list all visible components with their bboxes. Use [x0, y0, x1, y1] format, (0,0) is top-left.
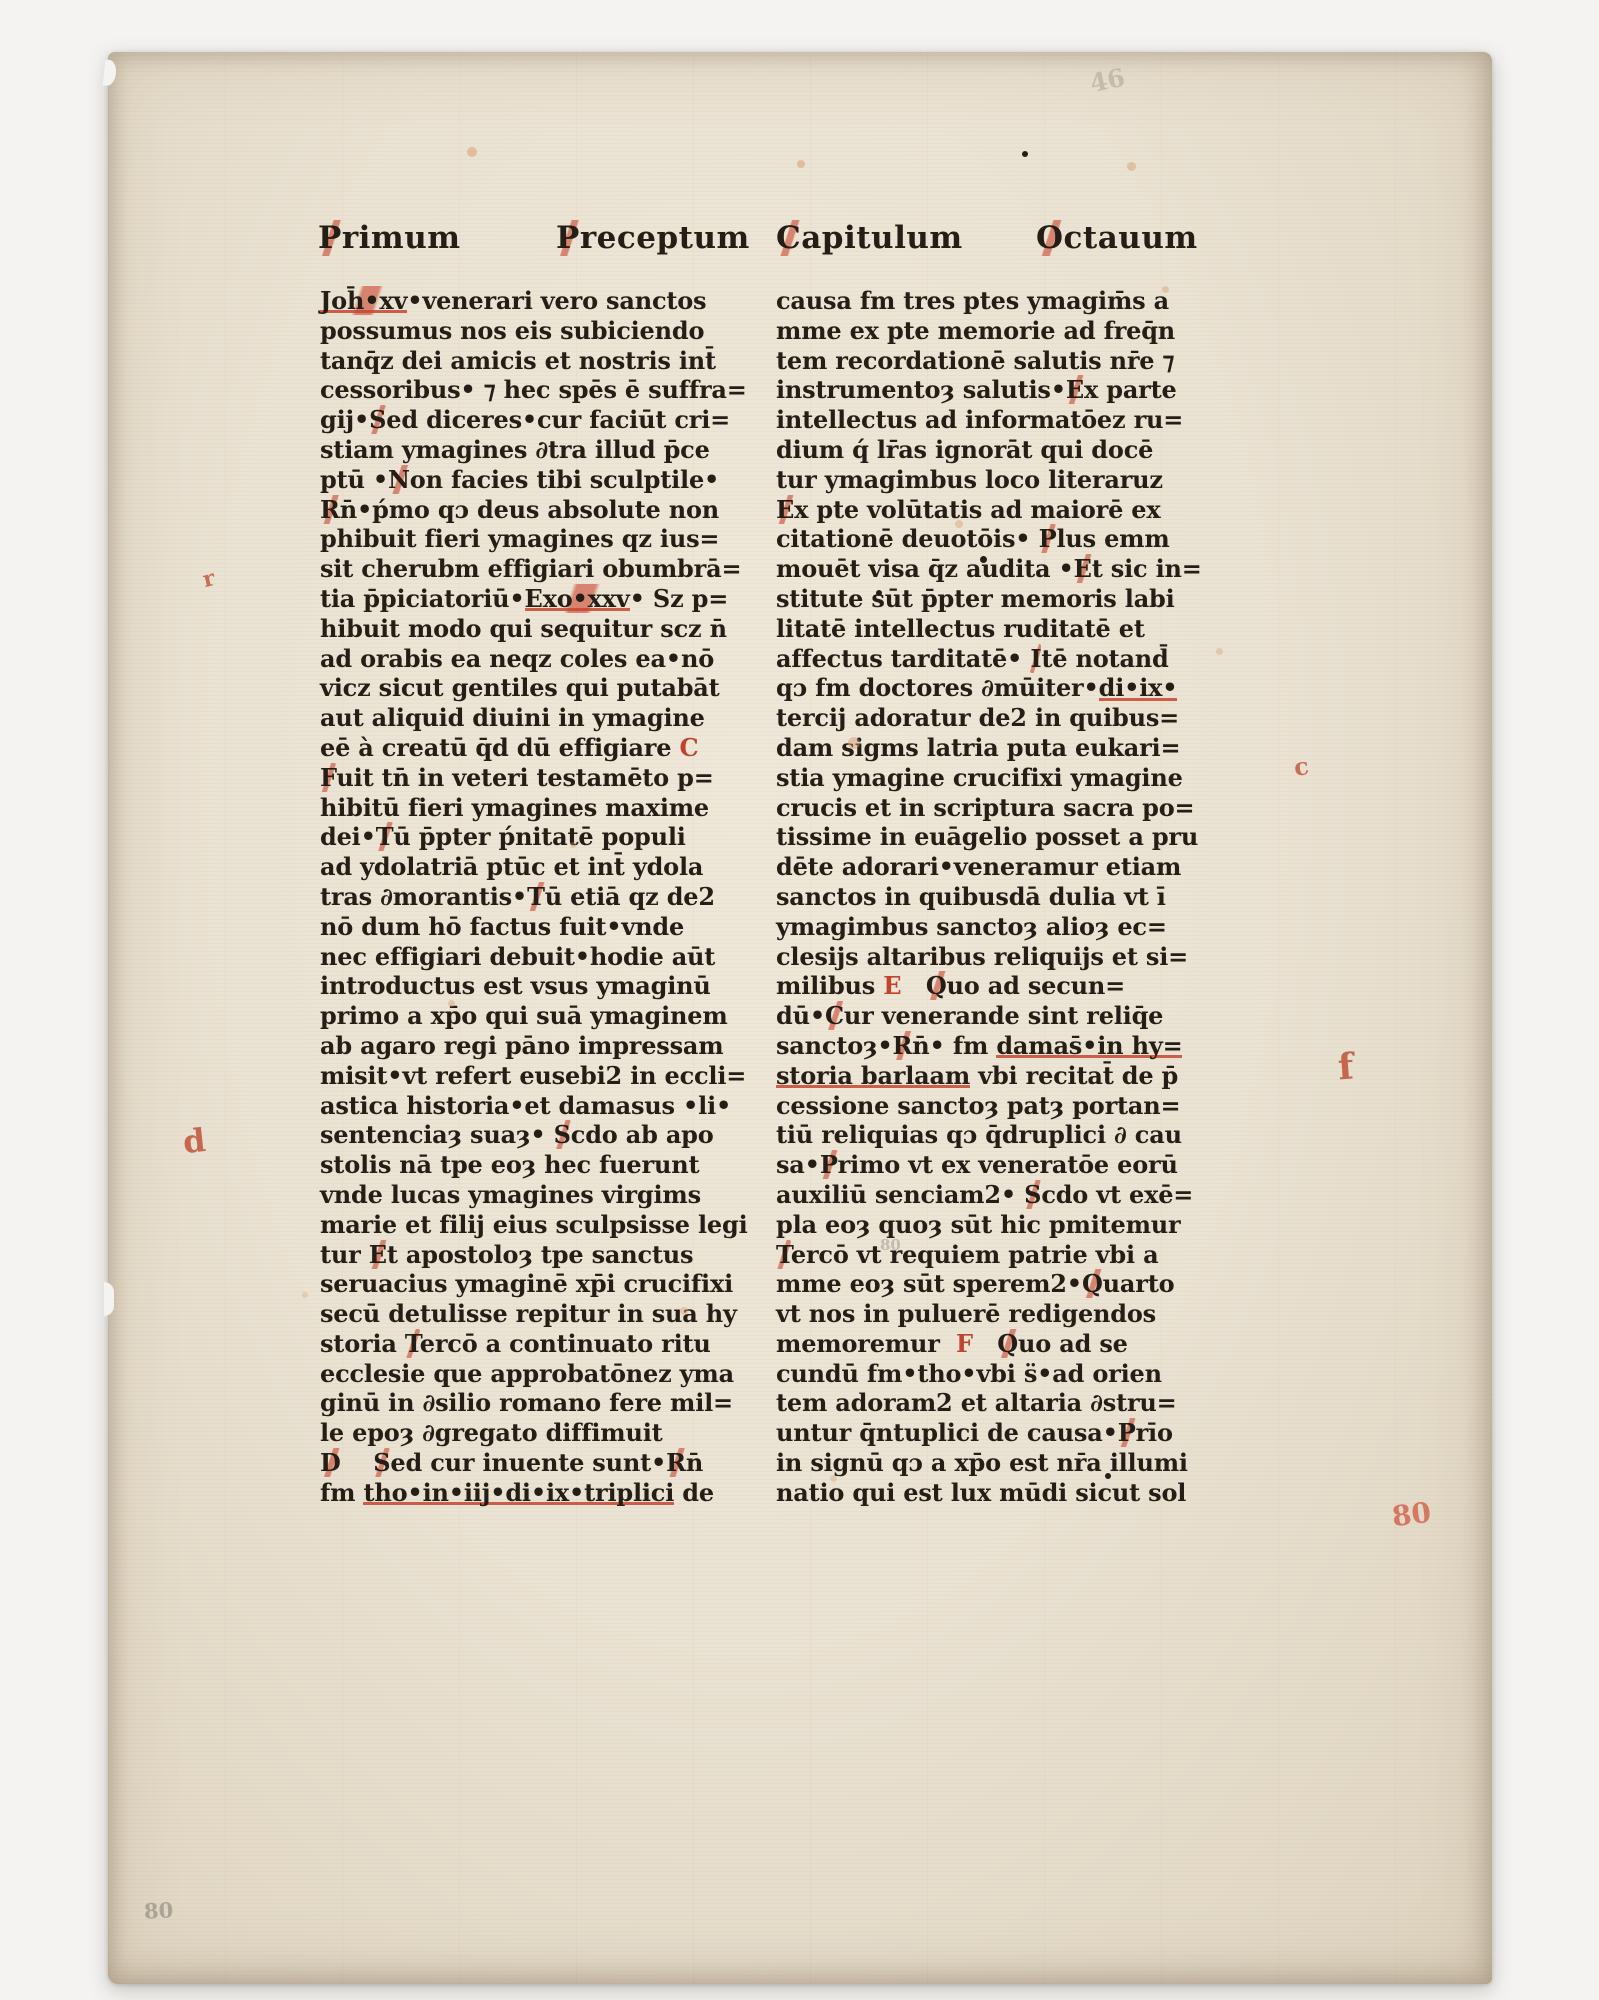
text-segment: C [776, 220, 801, 256]
text-segment: n̄ [686, 1448, 703, 1477]
text-segment: T [376, 822, 394, 851]
text-segment: mme eoȝ sūt sperem2• [776, 1269, 1082, 1298]
text-segment: de [674, 1478, 714, 1507]
text-line: tercij adoratur de2 in quibus= [776, 703, 1228, 733]
foxing-spot [848, 737, 860, 749]
text-line: milibus E Quo ad secun= [776, 971, 1228, 1001]
rubric-guide-letter: F [956, 1329, 973, 1358]
running-title-word: Capitulum [776, 220, 963, 256]
text-segment: crucis et in scriptura sacra po= [776, 793, 1194, 822]
text-segment: ercō vt requiem patrie vbi a [791, 1240, 1159, 1269]
ink-spot [876, 590, 882, 596]
text-segment: uo ad se [1018, 1329, 1128, 1358]
text-line: stia ymagine crucifixi ymagine [776, 763, 1228, 793]
text-segment: tanq̄z dei amicis et nostris int̄ [320, 346, 716, 375]
text-segment: t apostoloȝ tpe sanctus [387, 1240, 694, 1269]
text-segment: mouēt visa q̄z audita • [776, 554, 1074, 583]
text-segment: O [1036, 220, 1064, 256]
text-segment: tur [320, 1240, 369, 1269]
text-line: dium q́ lr̄as ignorāt qui docē [776, 435, 1228, 465]
text-line: affectus tarditatē• Itē notand̄ [776, 644, 1228, 674]
text-line: tur ymagimbus loco literaruz [776, 465, 1228, 495]
text-segment: cdo vt exē= [1041, 1180, 1193, 1209]
red-underlined-text: storia barlaam [776, 1061, 970, 1090]
text-segment: misit•vt refert eusebi2 in eccli= [320, 1061, 746, 1090]
text-segment: Q [1082, 1269, 1103, 1298]
text-segment: dū• [776, 1001, 825, 1030]
text-line: ginū in ∂silio romano fere mil= [320, 1388, 712, 1418]
text-segment: citationē deuotōis• [776, 524, 1039, 553]
text-segment [901, 971, 925, 1000]
text-segment: n̄• fm [912, 1031, 996, 1060]
ink-spot [1022, 151, 1028, 157]
text-segment: cdo ab apo [571, 1120, 714, 1149]
text-line: crucis et in scriptura sacra po= [776, 793, 1228, 823]
text-segment: stolis nā tpe eoȝ hec fuerunt [320, 1150, 699, 1179]
pencil-annotation: 80 [143, 1897, 174, 1923]
text-segment: on facies tibi sculptile• [410, 465, 719, 494]
text-segment: I [1030, 644, 1041, 673]
red-underlined-text: damas̄•in hy= [996, 1031, 1182, 1060]
text-line: hibitū fieri ymagines maxime [320, 793, 712, 823]
foxing-spot [955, 520, 963, 528]
text-line: tur Et apostoloȝ tpe sanctus [320, 1240, 712, 1270]
text-segment: tem adoram2 et altaria ∂stru= [776, 1388, 1177, 1417]
text-segment: ad orabis ea neqz coles ea•nō [320, 644, 714, 673]
text-segment: qɔ fm doctores ∂mūiter• [776, 673, 1099, 702]
text-segment: tercij adoratur de2 in quibus= [776, 703, 1179, 732]
text-line: dū•Cur venerande sint reliq̄e [776, 1001, 1228, 1031]
text-line: in signū qɔ a xp̄o est nr̄a illumi [776, 1448, 1228, 1478]
text-segment: sentenciaȝ suaȝ• [320, 1120, 554, 1149]
text-segment: tem recordationē salutis nr̄e ⁊ [776, 346, 1174, 375]
text-line: cessione sanctoȝ patȝ portan= [776, 1091, 1228, 1121]
text-line: qɔ fm doctores ∂mūiter•di•ix• [776, 673, 1228, 703]
text-line: Rn̄•ṕmo qɔ deus absolute non [320, 495, 712, 525]
text-segment: vnde lucas ymagines virgims [320, 1180, 701, 1209]
text-segment: storia [320, 1329, 405, 1358]
text-line: cundū fm•tho•vbi s̈•ad orien [776, 1359, 1228, 1389]
text-segment: seruacius ymaginē xp̄i crucifixi [320, 1269, 733, 1298]
ink-spot [1105, 1473, 1111, 1479]
text-segment: S [1024, 1180, 1041, 1209]
text-line: Fuit tn̄ in veteri testamēto p= [320, 763, 712, 793]
text-line: secū detulisse repitur in sua hy [320, 1299, 712, 1329]
text-segment: R [666, 1448, 686, 1477]
text-line: sentenciaȝ suaȝ• Scdo ab apo [320, 1120, 712, 1150]
text-line: sanctos in quibusdā dulia vt ī [776, 882, 1228, 912]
text-segment: introductus est vsus ymaginū [320, 971, 711, 1000]
text-segment: dēte adorari•veneramur etiam [776, 852, 1181, 881]
text-segment: ymagimbus sanctoȝ alioȝ ec= [776, 912, 1167, 941]
text-segment: ed diceres•cur faciūt cri= [386, 405, 730, 434]
text-segment: n̄•ṕmo qɔ deus absolute non [340, 495, 719, 524]
text-line: D Sed cur inuente sunt•Rn̄ [320, 1448, 712, 1478]
text-line: primo a xp̄o qui suā ymaginem [320, 1001, 712, 1031]
text-segment: sanctoȝ• [776, 1031, 893, 1060]
text-line: intellectus ad informatōez ru= [776, 405, 1228, 435]
text-line: dei•Tū p̄pter ṕnitatē populi [320, 822, 712, 852]
text-segment: N [388, 465, 410, 494]
ink-spot [980, 556, 987, 563]
text-line: sit cherubm effigiari obumbrā= [320, 554, 712, 584]
text-segment: E [1074, 554, 1092, 583]
text-segment: causa fm tres ptes ymagim̄s a [776, 286, 1169, 315]
text-segment: ecclesie que approbatōnez yma [320, 1359, 734, 1388]
text-segment: apitulum [801, 220, 963, 256]
text-segment: x pte volūtatis ad maiorē ex [794, 495, 1160, 524]
text-line: vicz sicut gentiles qui putabāt [320, 673, 712, 703]
rubric-guide-letter: E [883, 971, 901, 1000]
text-segment: vt nos in puluerē redigendos [776, 1299, 1156, 1328]
text-segment: in signū qɔ a xp̄o est nr̄a illumi [776, 1448, 1188, 1477]
text-segment: hibuit modo qui sequitur scz n̄ [320, 614, 727, 643]
text-segment: Q [997, 1329, 1018, 1358]
text-segment: uarto [1103, 1269, 1175, 1298]
text-segment: rimo vt ex veneratōe eorū [838, 1150, 1178, 1179]
text-line: instrumentoȝ salutis•Ex parte [776, 375, 1228, 405]
text-segment: S [369, 405, 386, 434]
text-segment: ercō a continuato ritu [420, 1329, 711, 1358]
text-line: tissime in euāgelio posset a pru [776, 822, 1228, 852]
text-line: ptū •Non facies tibi sculptile• [320, 465, 712, 495]
text-segment: Q [926, 971, 947, 1000]
text-segment: C [825, 1001, 844, 1030]
text-line: phibuit fieri ymagines qz ius= [320, 524, 712, 554]
running-title-word: Primum [318, 220, 461, 256]
text-segment: S [554, 1120, 571, 1149]
text-segment: P [1039, 524, 1057, 553]
text-line: hibuit modo qui sequitur scz n̄ [320, 614, 712, 644]
text-line: vt nos in puluerē redigendos [776, 1299, 1228, 1329]
text-segment: vicz sicut gentiles qui putabāt [320, 673, 720, 702]
text-line: ad ydolatriā ptūc et int̄ ydola [320, 852, 712, 882]
text-segment: • Sz p= [630, 584, 729, 613]
text-segment: P [1118, 1418, 1136, 1447]
text-line: nec effigiari debuit•hodie aūt [320, 942, 712, 972]
text-segment: clesijs altaribus reliquijs et si= [776, 942, 1188, 971]
text-line: gij•Sed diceres•cur faciūt cri= [320, 405, 712, 435]
text-segment: ū p̄pter ṕnitatē populi [393, 822, 685, 851]
text-segment: astica historia•et damasus •li• [320, 1091, 731, 1120]
text-line: untur q̄ntuplici de causa•Prīo [776, 1418, 1228, 1448]
text-segment: secū detulisse repitur in sua hy [320, 1299, 737, 1328]
text-line: natio qui est lux mūdi sicut sol [776, 1478, 1228, 1508]
text-segment: D [320, 1448, 341, 1477]
text-segment: E [776, 495, 794, 524]
text-segment [341, 1448, 374, 1477]
text-line: auxiliū senciam2• Scdo vt exē= [776, 1180, 1228, 1210]
text-segment: affectus tarditatē• [776, 644, 1030, 673]
text-line: tiū reliquias qɔ q̄druplici ∂ cau [776, 1120, 1228, 1150]
text-segment: tē notand̄ [1041, 644, 1168, 673]
red-underlined-text: tho•in•iij•di•ix•triplici [363, 1478, 674, 1507]
text-segment: eē à creatū q̄d dū effigiare [320, 733, 679, 762]
text-segment: tur ymagimbus loco literaruz [776, 465, 1163, 494]
text-line: mme eoȝ sūt sperem2•Quarto [776, 1269, 1228, 1299]
text-line: aut aliquid diuini in ymagine [320, 703, 712, 733]
text-segment: primo a xp̄o qui suā ymaginem [320, 1001, 728, 1030]
text-line: introductus est vsus ymaginū [320, 971, 712, 1001]
text-line: astica historia•et damasus •li• [320, 1091, 712, 1121]
text-line: ecclesie que approbatōnez yma [320, 1359, 712, 1389]
marginal-rubric-mark: d [181, 1121, 207, 1161]
text-segment: ad ydolatriā ptūc et int̄ ydola [320, 852, 703, 881]
text-segment: cessoribus• ⁊ hec spēs ē suffra= [320, 375, 747, 404]
foxing-spot [1127, 162, 1136, 171]
marginal-rubric-mark: f [1337, 1046, 1355, 1089]
foxing-spot [797, 160, 805, 168]
text-segment: ū etiā qz de2 [545, 882, 715, 911]
text-segment: mme ex pte memorie ad freq̄n [776, 316, 1175, 345]
text-segment: memoremur [776, 1329, 956, 1358]
text-line: clesijs altaribus reliquijs et si= [776, 942, 1228, 972]
text-column-right: causa fm tres ptes ymagim̄s amme ex pte … [776, 286, 1228, 1508]
text-segment: R [893, 1031, 913, 1060]
text-segment: intellectus ad informatōez ru= [776, 405, 1183, 434]
text-line: tras ∂morantis•Tū etiā qz de2 [320, 882, 712, 912]
text-segment: aut aliquid diuini in ymagine [320, 703, 705, 732]
text-line: stiam ymagines ∂tra illud p̄ce [320, 435, 712, 465]
text-segment: litatē intellectus ruditatē et [776, 614, 1145, 643]
text-segment: stiam ymagines ∂tra illud p̄ce [320, 435, 710, 464]
text-segment: dei• [320, 822, 376, 851]
text-line: memoremur F Quo ad se [776, 1329, 1228, 1359]
text-segment: lus emm [1056, 524, 1169, 553]
foxing-spot [467, 147, 477, 157]
text-line: Ex pte volūtatis ad maiorē ex [776, 495, 1228, 525]
text-line: ab agaro regi pāno impressam [320, 1031, 712, 1061]
text-line: seruacius ymaginē xp̄i crucifixi [320, 1269, 712, 1299]
text-segment: E [1066, 375, 1084, 404]
text-segment: ctauum [1064, 220, 1198, 256]
text-segment: P [820, 1150, 838, 1179]
text-segment: stia ymagine crucifixi ymagine [776, 763, 1183, 792]
text-line: tanq̄z dei amicis et nostris int̄ [320, 346, 712, 376]
text-segment: pla eoȝ quoȝ sūt hic pmitemur [776, 1210, 1180, 1239]
text-line: dam sigms latria puta eukari= [776, 733, 1228, 763]
text-segment: gij• [320, 405, 369, 434]
text-line: litatē intellectus ruditatē et [776, 614, 1228, 644]
text-segment: nec effigiari debuit•hodie aūt [320, 942, 715, 971]
photograph-background: PrimumPreceptumCapitulumOctauum Joh̄•xv•… [0, 0, 1599, 2000]
foxing-spot [830, 1475, 837, 1482]
text-line: causa fm tres ptes ymagim̄s a [776, 286, 1228, 316]
text-column-left: Joh̄•xv•venerari vero sanctospossumus no… [320, 286, 712, 1508]
text-segment: sanctos in quibusdā dulia vt ī [776, 882, 1166, 911]
text-line: eē à creatū q̄d dū effigiare C [320, 733, 712, 763]
running-title-word: Preceptum [556, 220, 750, 256]
text-segment: phibuit fieri ymagines qz ius= [320, 524, 719, 553]
marginal-rubric-mark: 80 [1390, 1496, 1433, 1534]
text-line: stitute sūt p̄pter memoris labi [776, 584, 1228, 614]
text-line: vnde lucas ymagines virgims [320, 1180, 712, 1210]
text-segment: x parte [1084, 375, 1177, 404]
text-segment: untur q̄ntuplici de causa• [776, 1418, 1118, 1447]
foxing-spot [302, 1292, 308, 1298]
text-segment: stitute sūt p̄pter memoris labi [776, 584, 1175, 613]
text-segment: le epoȝ ∂gregato diffimuit [320, 1418, 663, 1447]
text-line: stolis nā tpe eoȝ hec fuerunt [320, 1150, 712, 1180]
text-segment: milibus [776, 971, 883, 1000]
text-line: tem recordationē salutis nr̄e ⁊ [776, 346, 1228, 376]
text-line: marie et filij eius sculpsisse legi [320, 1210, 712, 1240]
text-segment: dam sigms latria puta eukari= [776, 733, 1180, 762]
text-segment: ginū in ∂silio romano fere mil= [320, 1388, 733, 1417]
text-segment: T [776, 1240, 791, 1269]
text-line: storia barlaam vbi recitat̄ de p̄ [776, 1061, 1228, 1091]
foxing-spot [448, 1000, 455, 1007]
text-segment: rimum [342, 220, 461, 256]
text-segment: sit cherubm effigiari obumbrā= [320, 554, 741, 583]
red-underlined-text: Exo•xxv [525, 584, 630, 613]
text-segment: uit tn̄ in veteri testamēto p= [336, 763, 713, 792]
paper-edge-chip [104, 1282, 114, 1316]
text-line: mouēt visa q̄z audita •Et sic in= [776, 554, 1228, 584]
text-segment: P [318, 220, 342, 256]
text-line: nō dum hō factus fuit•vnde [320, 912, 712, 942]
text-segment: P [556, 220, 580, 256]
text-segment: uo ad secun= [947, 971, 1126, 1000]
text-segment: possumus nos eis subiciendo [320, 316, 704, 345]
text-segment [973, 1329, 997, 1358]
rubric-guide-letter: C [679, 733, 698, 762]
text-segment: cessione sanctoȝ patȝ portan= [776, 1091, 1180, 1120]
text-segment: auxiliū senciam2• [776, 1180, 1024, 1209]
text-segment: instrumentoȝ salutis• [776, 375, 1066, 404]
text-segment: T [405, 1329, 420, 1358]
text-line: storia Tercō a continuato ritu [320, 1329, 712, 1359]
text-segment: T [527, 882, 545, 911]
text-segment: E [369, 1240, 387, 1269]
red-underlined-text: Joh̄•xv [320, 286, 407, 315]
text-segment: ab agaro regi pāno impressam [320, 1031, 723, 1060]
text-line: dēte adorari•veneramur etiam [776, 852, 1228, 882]
text-segment: R [320, 495, 340, 524]
text-segment: tia p̄piciatoriū• [320, 584, 525, 613]
text-segment: receptum [580, 220, 750, 256]
text-line: pla eoȝ quoȝ sūt hic pmitemur [776, 1210, 1228, 1240]
text-line: tia p̄piciatoriū•Exo•xxv• Sz p= [320, 584, 712, 614]
text-line: sanctoȝ•Rn̄• fm damas̄•in hy= [776, 1031, 1228, 1061]
text-segment: natio qui est lux mūdi sicut sol [776, 1478, 1186, 1507]
text-segment: nō dum hō factus fuit•vnde [320, 912, 684, 941]
text-line: cessoribus• ⁊ hec spēs ē suffra= [320, 375, 712, 405]
text-line: citationē deuotōis• Plus emm [776, 524, 1228, 554]
text-segment: tras ∂morantis• [320, 882, 527, 911]
foxing-spot [1216, 648, 1223, 655]
text-segment: dium q́ lr̄as ignorāt qui docē [776, 435, 1153, 464]
text-line: Joh̄•xv•venerari vero sanctos [320, 286, 712, 316]
text-segment: F [320, 763, 336, 792]
foxing-spot [1162, 286, 1169, 293]
text-segment: cundū fm•tho•vbi s̈•ad orien [776, 1359, 1162, 1388]
text-line: le epoȝ ∂gregato diffimuit [320, 1418, 712, 1448]
text-segment: ptū • [320, 465, 388, 494]
text-segment: vbi recitat̄ de p̄ [970, 1061, 1178, 1090]
text-segment: fm [320, 1478, 363, 1507]
text-line: misit•vt refert eusebi2 in eccli= [320, 1061, 712, 1091]
text-segment: rīo [1136, 1418, 1173, 1447]
text-line: mme ex pte memorie ad freq̄n [776, 316, 1228, 346]
text-line: possumus nos eis subiciendo [320, 316, 712, 346]
text-line: Tercō vt requiem patrie vbi a [776, 1240, 1228, 1270]
text-segment: ed cur inuente sunt• [390, 1448, 666, 1477]
text-segment: t sic in= [1092, 554, 1202, 583]
text-segment: •venerari vero sanctos [407, 286, 706, 315]
foxing-spot [570, 842, 576, 848]
text-segment: tiū reliquias qɔ q̄druplici ∂ cau [776, 1120, 1182, 1149]
running-title-word: Octauum [1036, 220, 1198, 256]
text-segment: marie et filij eius sculpsisse legi [320, 1210, 748, 1239]
text-segment: S [373, 1448, 390, 1477]
red-underlined-text: di•ix• [1099, 673, 1178, 702]
text-segment: sa• [776, 1150, 820, 1179]
foxing-spot [680, 1307, 688, 1315]
text-segment: ur venerande sint reliq̄e [844, 1001, 1163, 1030]
text-line: ad orabis ea neqz coles ea•nō [320, 644, 712, 674]
text-segment: tissime in euāgelio posset a pru [776, 822, 1198, 851]
text-line: tem adoram2 et altaria ∂stru= [776, 1388, 1228, 1418]
text-line: fm tho•in•iij•di•ix•triplici de [320, 1478, 712, 1508]
text-segment: hibitū fieri ymagines maxime [320, 793, 709, 822]
pencil-annotation: 80 [880, 1236, 901, 1254]
text-line: ymagimbus sanctoȝ alioȝ ec= [776, 912, 1228, 942]
text-line: sa•Primo vt ex veneratōe eorū [776, 1150, 1228, 1180]
